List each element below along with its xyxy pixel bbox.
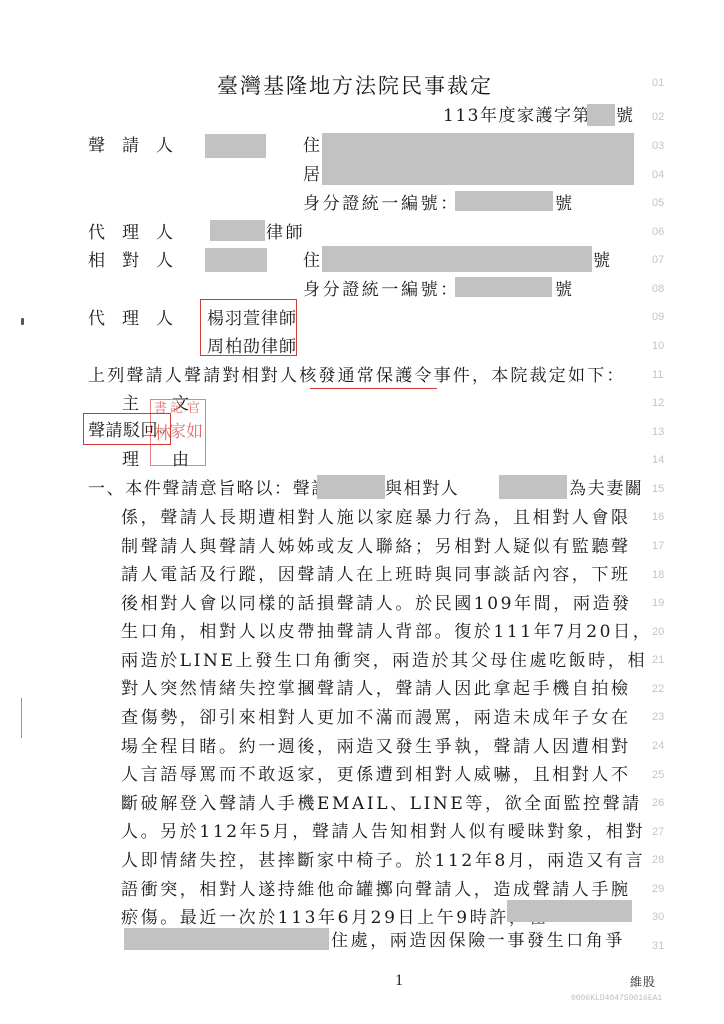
applicant-agent-label: 代 理 人: [88, 223, 173, 243]
respondent-address-suffix: 號: [593, 251, 613, 271]
body-line-27: 人。另於112年5月，聲請人告知相對人似有曖昧對象，相對: [121, 822, 645, 842]
redacted-respondent-id: [455, 277, 552, 297]
line-number: 05: [652, 197, 682, 209]
address-label-residence: 住: [303, 136, 323, 156]
address-label-dwelling: 居: [303, 165, 323, 185]
line-number: 06: [652, 226, 682, 238]
line-number: 04: [652, 169, 682, 181]
clerk-unit: 維股: [630, 973, 656, 990]
line-number: 11: [652, 369, 682, 381]
respondent-id-label: 身分證統一編號：: [303, 280, 460, 300]
line-number: 26: [652, 797, 682, 809]
line-number: 08: [652, 283, 682, 295]
applicant-agent-suffix: 律師: [266, 223, 305, 243]
respondent-agent-2: 周柏劭律師: [207, 337, 297, 357]
body-line-23: 查傷勢，卻引來相對人更加不滿而謾罵，兩造未成年子女在: [121, 708, 631, 728]
main-heading-1: 主: [122, 394, 142, 414]
redacted-respondent-address: [322, 246, 592, 272]
case-number-suffix: 號: [616, 106, 636, 126]
redacted-applicant-name: [205, 134, 266, 158]
scan-mark-line: [21, 698, 22, 738]
ruling-text: 聲請駁回: [88, 421, 158, 441]
body-line-28: 人即情緒失控，甚摔斷家中椅子。於112年8月，兩造又有言: [121, 851, 645, 871]
line-number: 18: [652, 569, 682, 581]
line-number: 29: [652, 883, 682, 895]
body-line-25: 人言語辱罵而不敢返家，更係遭到相對人威嚇，且相對人不: [121, 765, 631, 785]
line-number: 15: [652, 483, 682, 495]
respondent-agent-1: 楊羽萱律師: [207, 309, 297, 329]
intro-before: 上列聲請人聲請對相對人: [88, 366, 299, 386]
body-line-15-mid: 與相對人: [385, 479, 459, 499]
highlight-underline: [310, 388, 437, 389]
line-number: 14: [652, 454, 682, 466]
redacted-respondent-name-body: [499, 475, 567, 499]
body-line-21: 兩造於LINE上發生口角衝突，兩造於其父母住處吃飯時，相: [121, 651, 647, 671]
case-number-prefix: 113年度家護字第: [443, 106, 591, 126]
scan-mark: [21, 318, 24, 325]
body-line-18: 請人電話及行蹤，因聲請人在上班時與同事談話內容，下班: [121, 565, 631, 585]
respondent-address-label: 住: [303, 251, 323, 271]
intro-line: 上列聲請人聲請對相對人核發通常保護令事件，本院裁定如下：: [88, 366, 626, 386]
line-number: 25: [652, 769, 682, 781]
body-line-16: 係，聲請人長期遭相對人施以家庭暴力行為，且相對人會限: [121, 508, 631, 528]
line-number: 21: [652, 654, 682, 666]
line-number: 12: [652, 397, 682, 409]
line-number: 09: [652, 311, 682, 323]
body-line-19: 後相對人會以同樣的話損聲請人。於民國109年間，兩造發: [121, 594, 632, 614]
redacted-location-1: [507, 900, 632, 922]
body-line-30: 瘀傷。最近一次於113年6月29日上午9時許，在: [121, 908, 548, 928]
line-number: 28: [652, 854, 682, 866]
body-line-15-end: 為夫妻關: [569, 479, 643, 499]
intro-highlight: 核發通常保護令: [299, 366, 433, 386]
ruling-period: 。: [160, 418, 175, 438]
applicant-label: 聲 請 人: [88, 136, 173, 156]
line-number: 16: [652, 511, 682, 523]
line-number: 13: [652, 426, 682, 438]
line-number: 22: [652, 683, 682, 695]
respondent-agent-label: 代 理 人: [88, 309, 173, 329]
redacted-location-2: [124, 928, 329, 950]
applicant-id-label: 身分證統一編號：: [303, 194, 460, 214]
applicant-id-suffix: 號: [555, 194, 575, 214]
document-code: 0006KLD4047S0016EA1: [571, 994, 662, 1003]
reason-heading-2: 由: [172, 450, 192, 470]
document-title: 臺灣基隆地方法院民事裁定: [217, 70, 493, 100]
line-number: 30: [652, 911, 682, 923]
line-number: 27: [652, 826, 682, 838]
redacted-respondent-name: [205, 248, 267, 272]
line-number: 19: [652, 597, 682, 609]
page-number: 1: [395, 972, 403, 990]
body-line-24: 場全程目睹。約一週後，兩造又發生爭執，聲請人因遭相對: [121, 737, 631, 757]
line-number: 20: [652, 626, 682, 638]
reason-heading-1: 理: [122, 450, 142, 470]
intro-after: 事件，本院裁定如下：: [434, 366, 626, 386]
redacted-applicant-id: [455, 191, 553, 211]
redacted-applicant-name-body: [317, 475, 385, 499]
redacted-case-number: [587, 104, 615, 126]
respondent-id-suffix: 號: [555, 280, 575, 300]
redacted-applicant-agent: [210, 220, 265, 241]
line-number: 03: [652, 140, 682, 152]
line-number: 31: [652, 940, 682, 952]
respondent-label: 相 對 人: [88, 251, 173, 271]
redacted-applicant-address: [322, 133, 634, 185]
line-number: 01: [652, 77, 682, 89]
line-number: 24: [652, 740, 682, 752]
line-number: 17: [652, 540, 682, 552]
line-number: 07: [652, 254, 682, 266]
line-number: 10: [652, 340, 682, 352]
body-line-26: 斷破解登入聲請人手機EMAIL、LINE等，欲全面監控聲請: [121, 794, 642, 814]
line-number: 02: [652, 111, 682, 123]
body-line-20: 生口角，相對人以皮帶抽聲請人背部。復於111年7月20日，: [121, 622, 652, 642]
body-line-29: 語衝突，相對人遂持維他命罐擲向聲請人，造成聲請人手腕: [121, 880, 631, 900]
body-line-22: 對人突然情緒失控掌摑聲請人，聲請人因此拿起手機自拍檢: [121, 679, 631, 699]
body-line-15-prefix: 一、本件聲請意旨略以：聲請人: [88, 479, 348, 499]
body-line-17: 制聲請人與聲請人姊姊或友人聯絡；另相對人疑似有監聽聲: [121, 537, 631, 557]
line-number: 23: [652, 711, 682, 723]
body-line-31: 住處，兩造因保險一事發生口角爭: [331, 931, 625, 951]
